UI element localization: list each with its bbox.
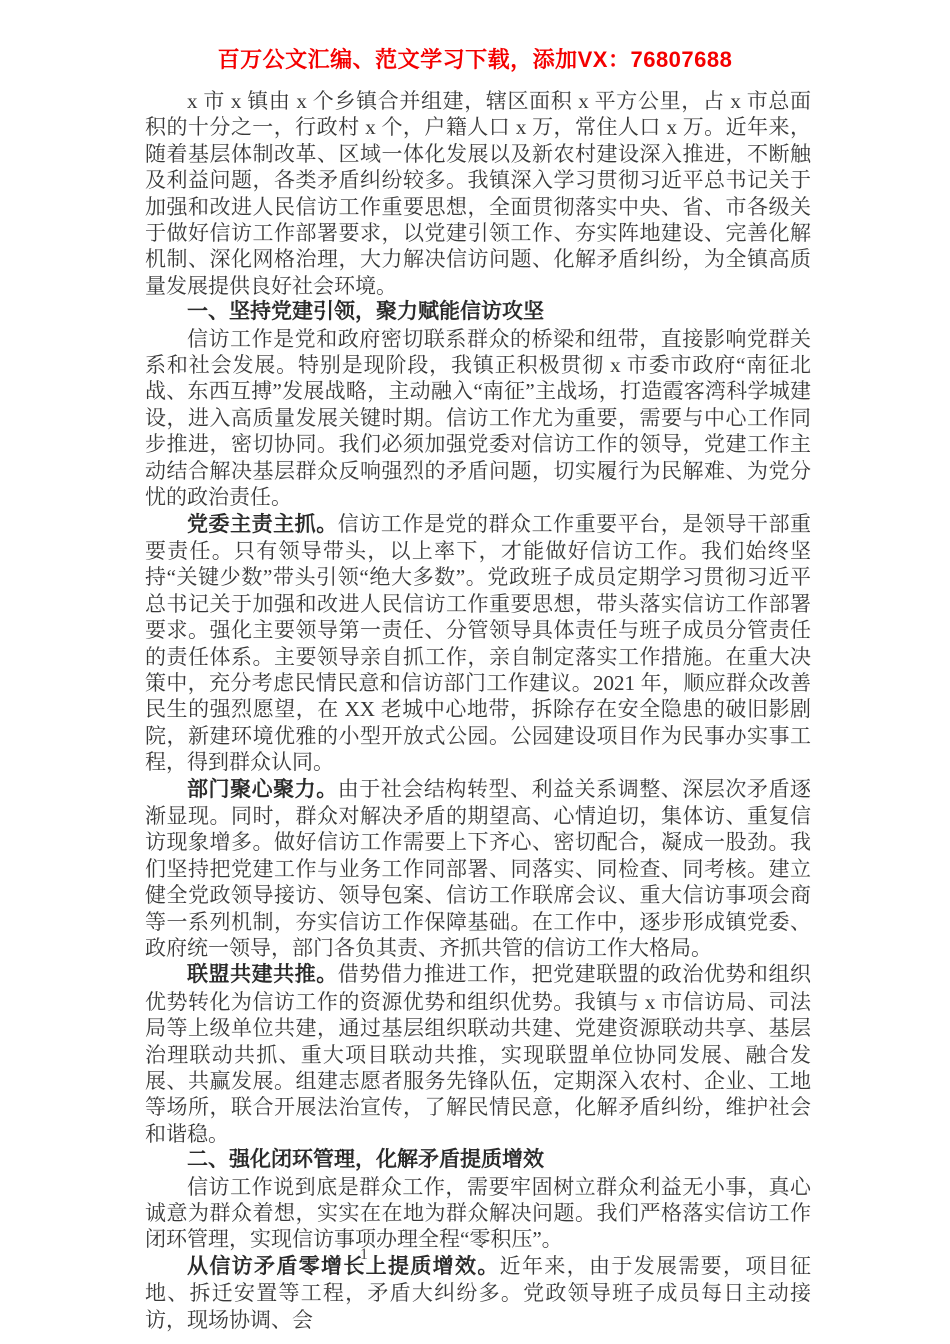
paragraph: 从信访矛盾零增长上提质增效。近年来，由于发展需要，项目征地、拆迁安置等工程，矛盾…	[145, 1253, 811, 1333]
paragraph-lead: 部门聚心聚力。	[187, 778, 338, 801]
paragraph-lead: 联盟共建共推。	[187, 963, 338, 986]
section-heading-1: 一、坚持党建引领，聚力赋能信访攻坚	[145, 299, 811, 325]
section-heading-2: 二、强化闭环管理，化解矛盾提质增效	[145, 1147, 811, 1173]
document-body: x 市 x 镇由 x 个乡镇合并组建，辖区面积 x 平方公里，占 x 市总面积的…	[145, 88, 811, 1333]
document-page: 百万公文汇编、范文学习下载，添加VX：76807688 x 市 x 镇由 x 个…	[0, 0, 950, 1344]
paragraph-intro: x 市 x 镇由 x 个乡镇合并组建，辖区面积 x 平方公里，占 x 市总面积的…	[145, 88, 811, 299]
paragraph-text: 借势借力推进工作，把党建联盟的政治优势和组织优势转化为信访工作的资源优势和组织优…	[145, 962, 811, 1145]
promo-header-text: 百万公文汇编、范文学习下载，添加VX：76807688	[0, 43, 950, 74]
page-number: 1	[352, 1246, 376, 1264]
paragraph: 联盟共建共推。借势借力推进工作，把党建联盟的政治优势和组织优势转化为信访工作的资…	[145, 961, 811, 1147]
paragraph: 信访工作说到底是群众工作，需要牢固树立群众利益无小事，真心诚意为群众着想，实实在…	[145, 1174, 811, 1253]
paragraph: 党委主责主抓。信访工作是党的群众工作重要平台，是领导干部重要责任。只有领导带头，…	[145, 511, 811, 776]
paragraph-lead: 党委主责主抓。	[187, 513, 338, 536]
paragraph-lead: 从信访矛盾零增长上提质增效。	[187, 1255, 500, 1278]
paragraph: 部门聚心聚力。由于社会结构转型、利益关系调整、深层次矛盾逐渐显现。同时，群众对解…	[145, 776, 811, 962]
paragraph-text: 由于社会结构转型、利益关系调整、深层次矛盾逐渐显现。同时，群众对解决矛盾的期望高…	[145, 777, 811, 960]
paragraph: 信访工作是党和政府密切联系群众的桥梁和纽带，直接影响党群关系和社会发展。特别是现…	[145, 326, 811, 511]
paragraph-text: 信访工作是党的群众工作重要平台，是领导干部重要责任。只有领导带头，以上率下，才能…	[145, 512, 811, 775]
